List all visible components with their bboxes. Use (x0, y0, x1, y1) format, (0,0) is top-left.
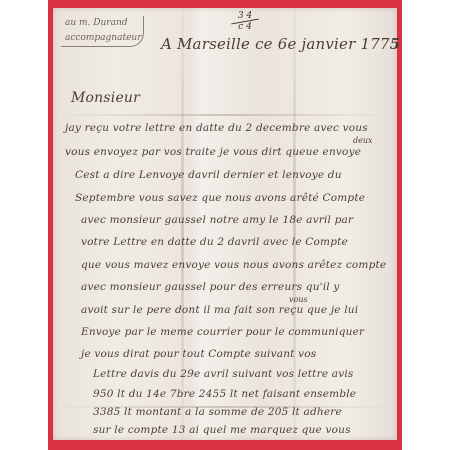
place-and-date: A Marseille ce 6e janvier 1775 (161, 35, 400, 53)
horizontal-fold-line (53, 114, 397, 116)
body-line: Lettre davis du 29e avril suivant vos le… (93, 368, 354, 380)
corner-note-line-1: au m. Durand (65, 18, 128, 28)
postal-mark: 3 4 c 4 (231, 12, 259, 31)
inserted-word: deux (353, 136, 373, 145)
body-line: sur le compte 13 ai quel me marquez que … (93, 424, 351, 436)
body-line: Envoye par le meme courrier pour le comm… (81, 326, 364, 338)
corner-note-line-2: accompagnateur (65, 33, 142, 43)
body-line: avoit sur le pere dont il ma fait son re… (81, 304, 358, 316)
body-line: avec monsieur gaussel notre amy le 18e a… (81, 214, 353, 226)
body-line: vous envoyez par vos traite je vous dirt… (65, 146, 361, 158)
body-line: 950 lt du 14e 7bre 2455 lt net faisant e… (93, 388, 356, 400)
body-line: Septembre vous savez que nous avons arêt… (75, 192, 365, 204)
year-digit: 5 (390, 35, 401, 53)
body-line: Cest a dire Lenvoye davril dernier et le… (75, 169, 342, 181)
body-line: 3385 lt montant a la somme de 205 lt adh… (93, 406, 342, 418)
place-date-text: A Marseille ce 6e janvier 177 (161, 35, 390, 53)
salutation: Monsieur (71, 90, 140, 106)
letter-paper: au m. Durand accompagnateur 3 4 c 4 A Ma… (53, 8, 397, 440)
inserted-word: vous (289, 295, 308, 304)
body-line: jay reçu votre lettre en datte du 2 dece… (65, 122, 368, 134)
corner-annotation: au m. Durand accompagnateur (61, 16, 144, 47)
body-line: que vous mavez envoye vous nous avons ar… (81, 259, 386, 271)
body-line: je vous dirat pour tout Compte suivant v… (81, 348, 316, 360)
body-line: avec monsieur gaussel pour des erreurs q… (81, 281, 340, 293)
body-line: votre Lettre en datte du 2 davril avec l… (81, 236, 348, 248)
postal-mark-denominator: c 4 (231, 23, 259, 31)
